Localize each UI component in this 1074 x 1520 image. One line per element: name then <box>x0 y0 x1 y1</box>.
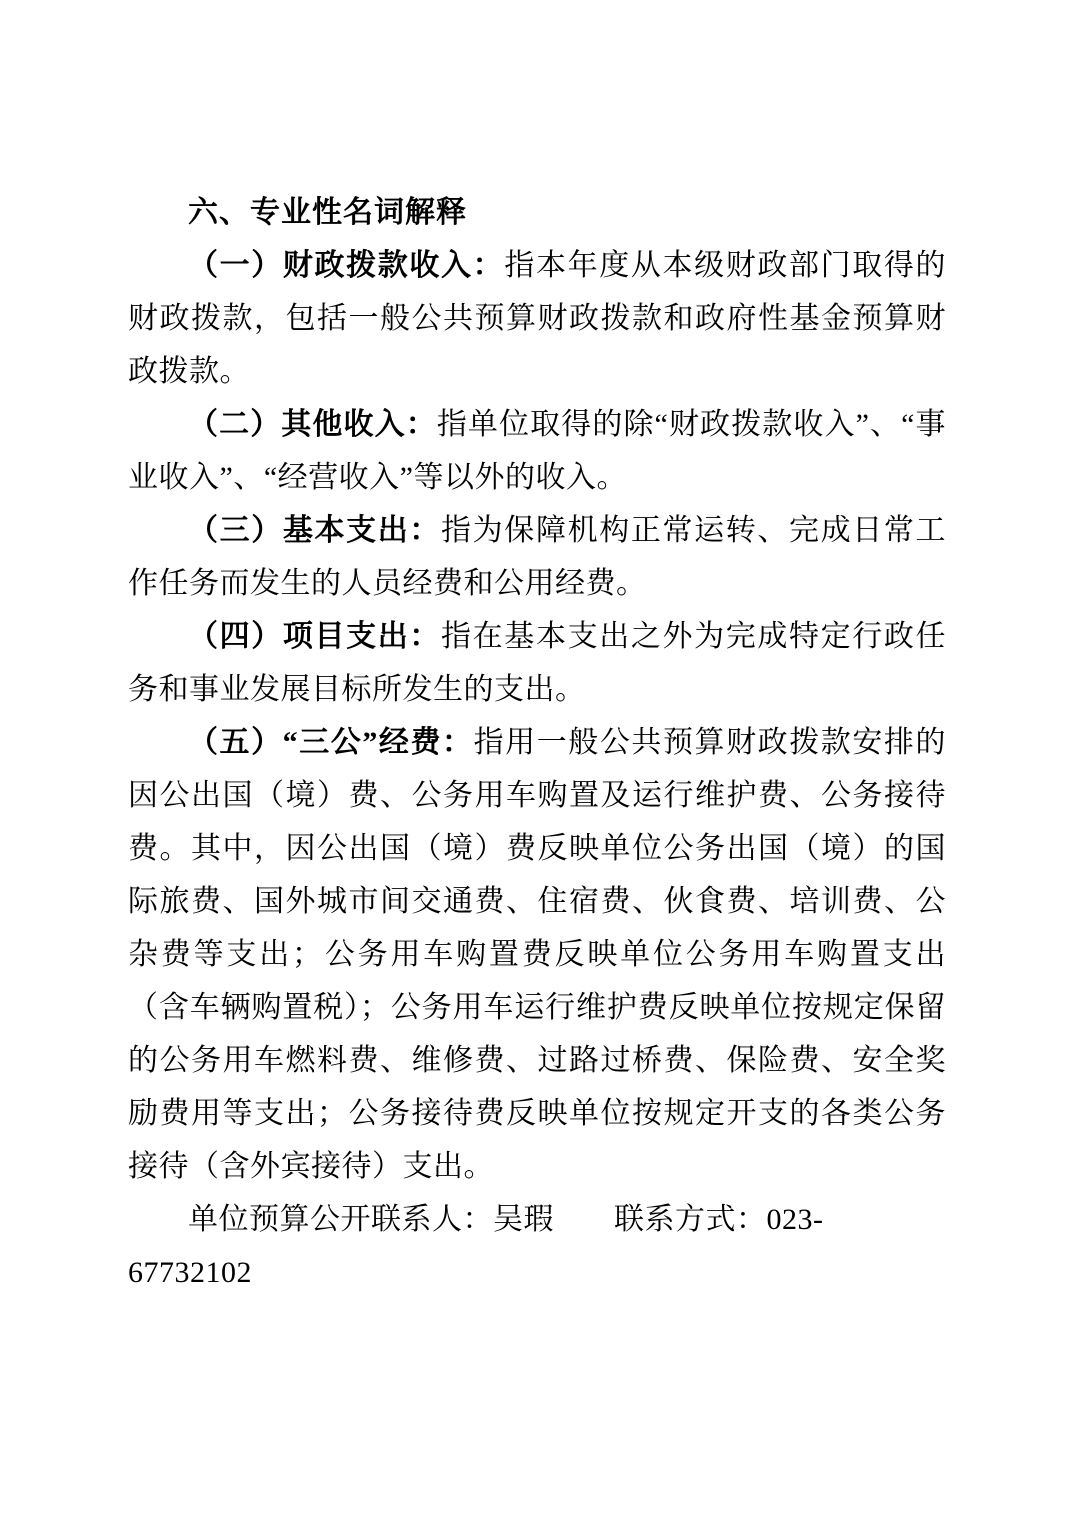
definition-paragraph-4: （四）项目支出：指在基本支出之外为完成特定行政任务和事业发展目标所发生的支出。 <box>128 610 946 716</box>
definition-paragraph-1: （一）财政拨款收入：指本年度从本级财政部门取得的财政拨款，包括一般公共预算财政拨… <box>128 239 946 398</box>
term-definition-5: 指用一般公共预算财政拨款安排的因公出国（境）费、公务用车购置及运行维护费、公务接… <box>128 726 946 1183</box>
section-heading: 六、专业性名词解释 <box>128 186 946 239</box>
contact-line: 单位预算公开联系人：吴瑕联系方式：023-67732102 <box>128 1193 946 1299</box>
term-label-2: （二）其他收入： <box>188 408 437 441</box>
document-content: 六、专业性名词解释 （一）财政拨款收入：指本年度从本级财政部门取得的财政拨款，包… <box>128 186 946 1299</box>
contact-method-label: 联系方式： <box>614 1203 767 1236</box>
term-label-4: （四）项目支出： <box>188 620 441 653</box>
definition-paragraph-2: （二）其他收入：指单位取得的除“财政拨款收入”、“事业收入”、“经营收入”等以外… <box>128 398 946 504</box>
term-label-1: （一）财政拨款收入： <box>188 249 504 282</box>
definition-paragraph-3: （三）基本支出：指为保障机构正常运转、完成日常工作任务而发生的人员经费和公用经费… <box>128 504 946 610</box>
definition-paragraph-5: （五）“三公”经费：指用一般公共预算财政拨款安排的因公出国（境）费、公务用车购置… <box>128 716 946 1193</box>
term-label-5: （五）“三公”经费： <box>188 726 474 759</box>
contact-person-name: 吴瑕 <box>493 1203 554 1236</box>
document-page: 六、专业性名词解释 （一）财政拨款收入：指本年度从本级财政部门取得的财政拨款，包… <box>0 0 1074 1520</box>
contact-person-label: 单位预算公开联系人： <box>188 1203 493 1236</box>
term-label-3: （三）基本支出： <box>188 514 441 547</box>
